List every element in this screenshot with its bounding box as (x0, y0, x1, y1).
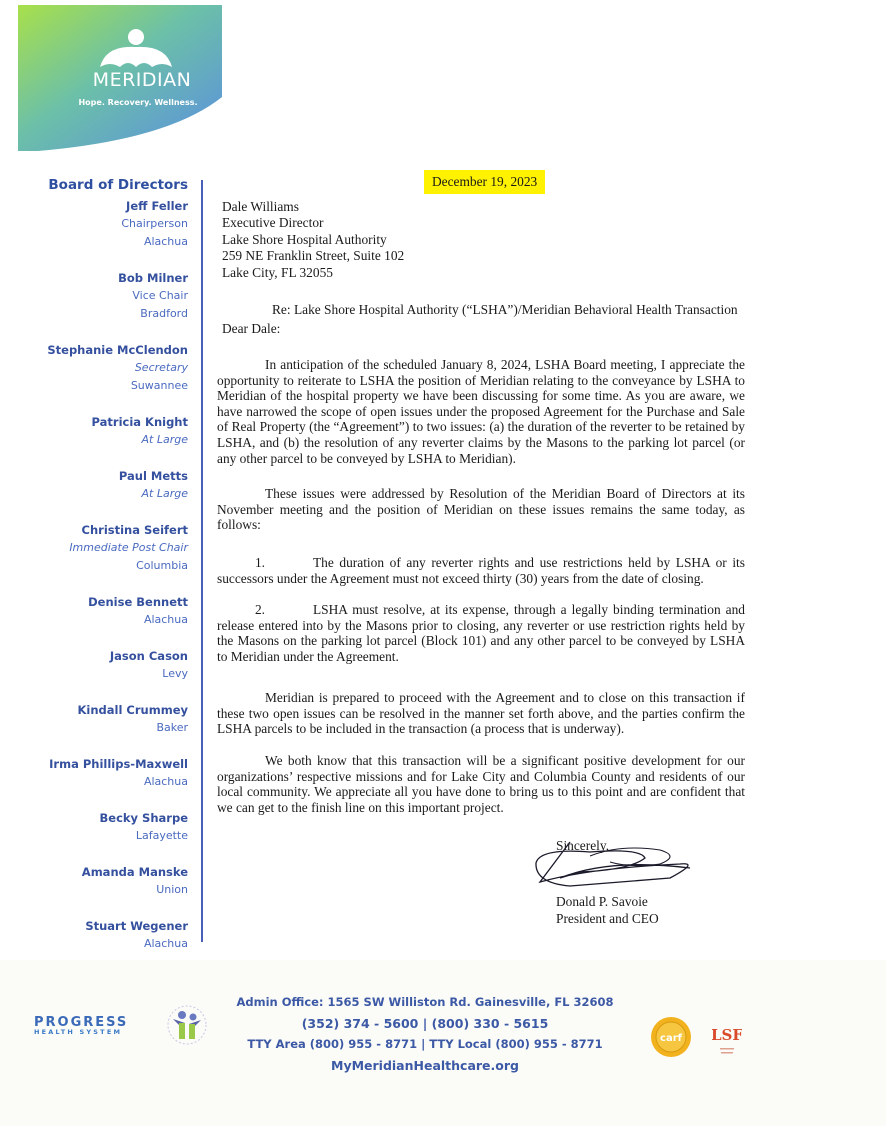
list-item: 1.The duration of any reverter rights an… (217, 555, 745, 586)
board-member: Amanda ManskeUnion (20, 863, 188, 899)
list-item: 2.LSHA must resolve, at its expense, thr… (217, 602, 745, 664)
member-role: At Large (20, 431, 188, 449)
member-name: Stuart Wegener (20, 917, 188, 935)
progress-health-system-logo: PROGRESS HEALTH SYSTEM (34, 1015, 128, 1036)
subject-line: Re: Lake Shore Hospital Authority (“LSHA… (272, 302, 738, 318)
member-county: Lafayette (20, 827, 188, 845)
board-member: Stephanie McClendonSecretarySuwannee (20, 341, 188, 395)
footer-phones: (352) 374 - 5600 | (800) 330 - 5615 (225, 1013, 625, 1034)
recipient-street: 259 NE Franklin Street, Suite 102 (222, 248, 404, 264)
footer-address: Admin Office: 1565 SW Williston Rd. Gain… (225, 992, 625, 1013)
member-role: Immediate Post Chair (20, 539, 188, 557)
member-name: Paul Metts (20, 467, 188, 485)
board-member: Patricia KnightAt Large (20, 413, 188, 449)
board-member: Stuart WegenerAlachua (20, 917, 188, 953)
logo-wordmark: MERIDIAN (62, 69, 222, 91)
recipient-organization: Lake Shore Hospital Authority (222, 232, 404, 248)
member-county: Bradford (20, 305, 188, 323)
board-member: Kindall CrummeyBaker (20, 701, 188, 737)
signer-name: Donald P. Savoie (556, 893, 659, 910)
member-role: Vice Chair (20, 287, 188, 305)
board-member: Christina SeifertImmediate Post ChairCol… (20, 521, 188, 575)
person-arch-logo-icon (96, 27, 176, 71)
salutation: Dear Dale: (222, 321, 280, 337)
member-name: Christina Seifert (20, 521, 188, 539)
member-name: Bob Milner (20, 269, 188, 287)
member-name: Amanda Manske (20, 863, 188, 881)
member-county: Levy (20, 665, 188, 683)
lsf-logo: LSF (712, 1018, 742, 1058)
body-paragraph: These issues were addressed by Resolutio… (217, 486, 745, 533)
member-role: At Large (20, 485, 188, 503)
member-county: Suwannee (20, 377, 188, 395)
carf-label: carf (660, 1033, 683, 1044)
board-member: Jeff FellerChairpersonAlachua (20, 197, 188, 251)
meridian-banner: MERIDIAN Hope. Recovery. Wellness. (18, 5, 222, 151)
body-paragraph: Meridian is prepared to proceed with the… (217, 690, 745, 737)
member-role: Chairperson (20, 215, 188, 233)
lsf-label: LSF (712, 1026, 742, 1044)
recipient-title: Executive Director (222, 215, 404, 231)
board-member: Irma Phillips-MaxwellAlachua (20, 755, 188, 791)
member-county: Alachua (20, 233, 188, 251)
board-member: Becky SharpeLafayette (20, 809, 188, 845)
signature-scribble (530, 838, 710, 898)
board-member: Jason CasonLevy (20, 647, 188, 683)
letter-date: December 19, 2023 (424, 170, 545, 194)
member-county: Columbia (20, 557, 188, 575)
signer-title: President and CEO (556, 910, 659, 927)
body-paragraph: We both know that this transaction will … (217, 753, 745, 815)
board-member: Paul MettsAt Large (20, 467, 188, 503)
member-name: Irma Phillips-Maxwell (20, 755, 188, 773)
member-name: Denise Bennett (20, 593, 188, 611)
member-county: Union (20, 881, 188, 899)
board-member-list: Jeff FellerChairpersonAlachuaBob MilnerV… (20, 197, 188, 953)
member-county: Alachua (20, 935, 188, 953)
footer-tty: TTY Area (800) 955 - 8771 | TTY Local (8… (225, 1034, 625, 1055)
member-name: Patricia Knight (20, 413, 188, 431)
body-paragraph: In anticipation of the scheduled January… (217, 357, 745, 466)
recipient-name: Dale Williams (222, 199, 404, 215)
board-member: Bob MilnerVice ChairBradford (20, 269, 188, 323)
sidebar-divider (201, 180, 203, 942)
footer-contact: Admin Office: 1565 SW Williston Rd. Gain… (225, 992, 625, 1076)
member-county: Baker (20, 719, 188, 737)
member-name: Becky Sharpe (20, 809, 188, 827)
member-name: Jeff Feller (20, 197, 188, 215)
family-icon (167, 1005, 207, 1045)
list-number: 1. (217, 555, 313, 571)
list-number: 2. (217, 602, 313, 618)
logo-tagline: Hope. Recovery. Wellness. (58, 98, 218, 107)
board-member: Denise BennettAlachua (20, 593, 188, 629)
member-name: Jason Cason (20, 647, 188, 665)
member-county: Alachua (20, 611, 188, 629)
member-name: Stephanie McClendon (20, 341, 188, 359)
member-role: Secretary (20, 359, 188, 377)
member-county: Alachua (20, 773, 188, 791)
member-name: Kindall Crummey (20, 701, 188, 719)
sidebar-title: Board of Directors (20, 177, 188, 193)
progress-logo-sub: HEALTH SYSTEM (34, 1028, 128, 1036)
footer-website-link[interactable]: MyMeridianHealthcare.org (225, 1055, 625, 1076)
signer-block: Donald P. Savoie President and CEO (556, 893, 659, 927)
recipient-city: Lake City, FL 32055 (222, 265, 404, 281)
carf-accreditation-badge: carf (650, 1016, 692, 1058)
board-of-directors-sidebar: Board of Directors Jeff FellerChairperso… (20, 177, 188, 971)
recipient-address: Dale Williams Executive Director Lake Sh… (222, 199, 404, 281)
